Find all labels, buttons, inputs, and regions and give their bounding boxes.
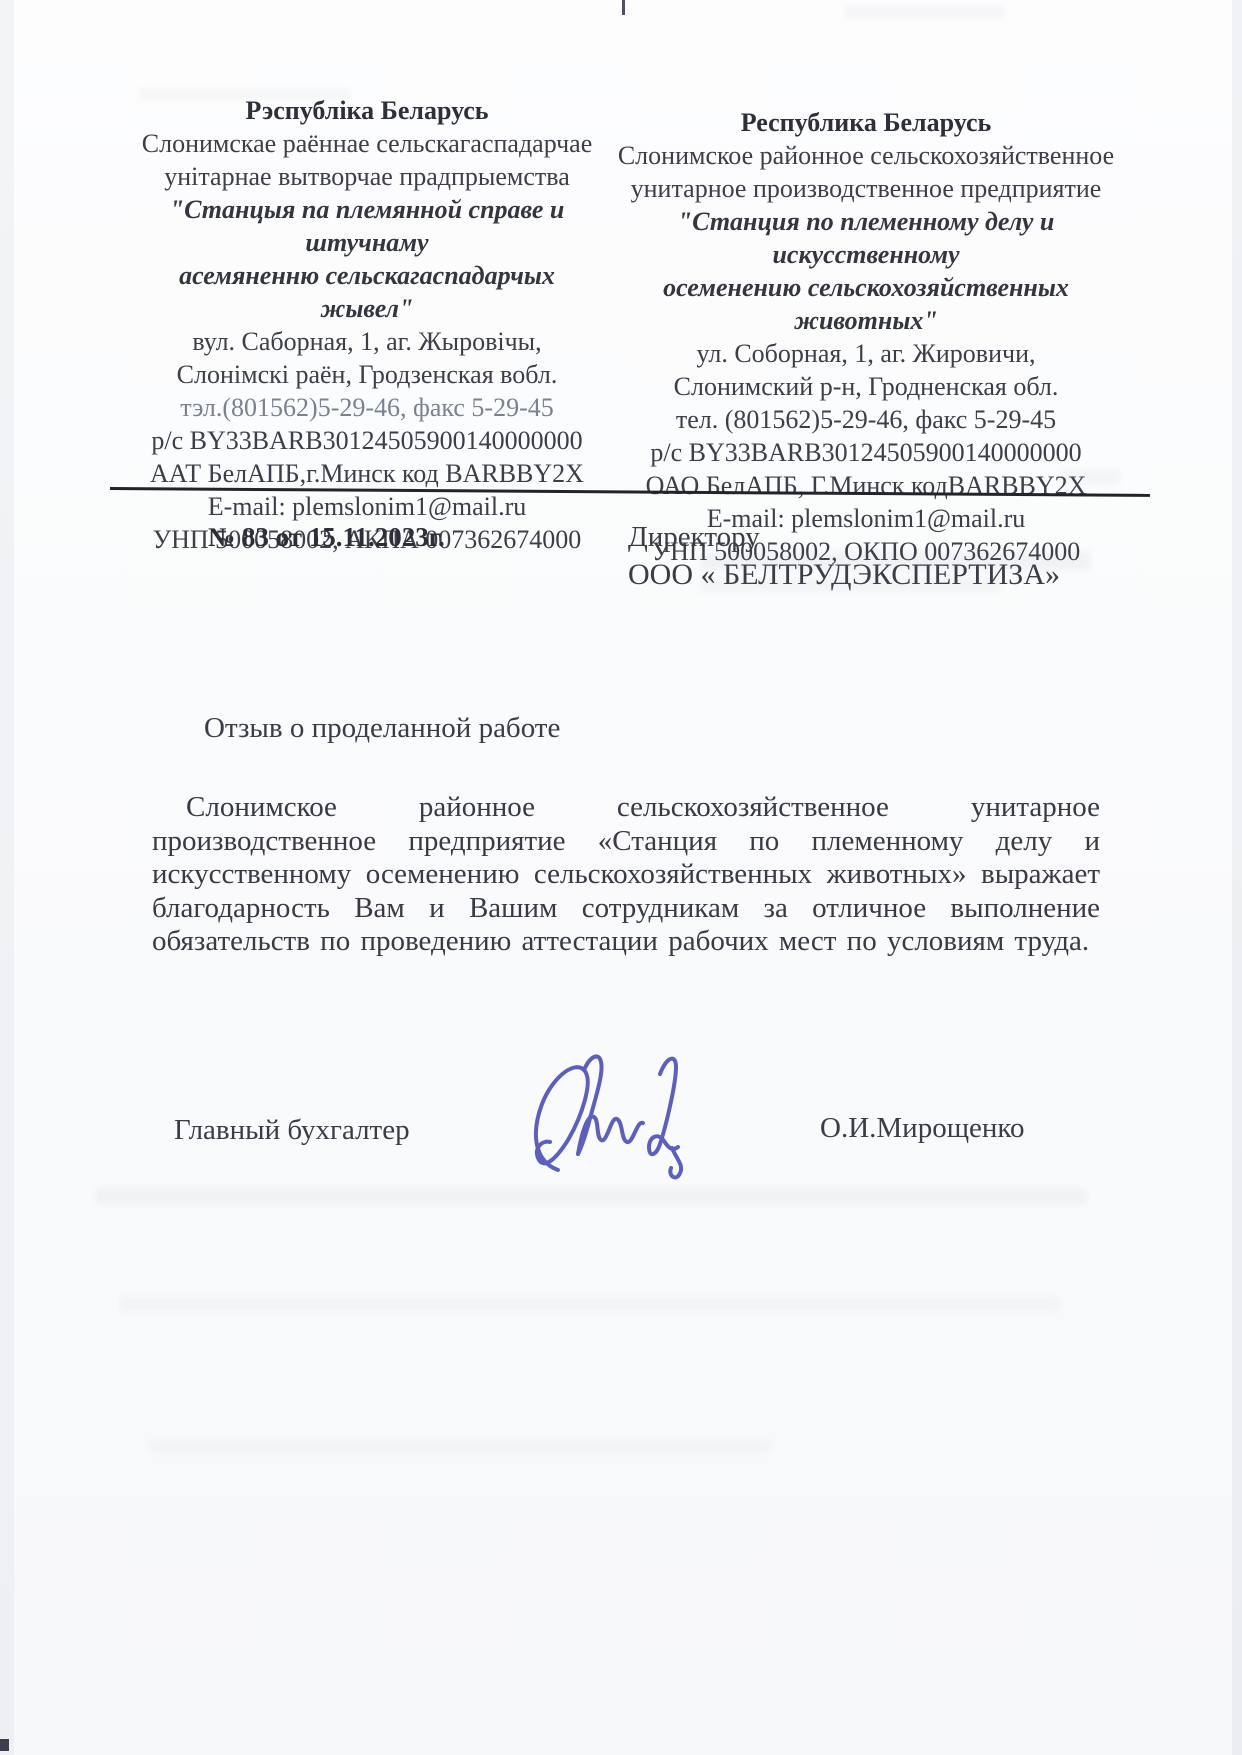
org-line: Слонимскае раённае сельскагаспадарчае xyxy=(112,127,622,160)
letter-number-date: № 83 от 15.11.2023г. xyxy=(208,522,445,553)
phone-fax-line: тел. (801562)5-29-46, факс 5-29-45 xyxy=(602,403,1130,436)
signer-position-label: Главный бухгалтер xyxy=(174,1114,410,1147)
org-name-line: "Станцыя па племянной справе и xyxy=(112,193,622,226)
org-line: Слонимское районное сельскохозяйственное xyxy=(602,139,1130,172)
org-name-line: "Станция по племенному делу и xyxy=(602,205,1130,238)
email-line: E-mail: plemslonim1@mail.ru xyxy=(112,490,622,523)
bank-name-line: ОАО БелАПБ, Г.Минск кодBARBBY2X xyxy=(602,469,1130,502)
letterhead-right-column: Республика Беларусь Слонимское районное … xyxy=(602,106,1130,568)
letter-body-paragraph: Слонимское районное сельскохозяйственное… xyxy=(152,791,1100,959)
org-name-line: штучнаму xyxy=(112,226,622,259)
scan-mark-corner-dot xyxy=(0,1739,9,1751)
country-name-by: Рэспубліка Беларусь xyxy=(112,94,622,127)
bank-account-line: р/с BY33BARB30124505900140000000 xyxy=(602,436,1130,469)
org-name-line: жывел" xyxy=(112,292,622,325)
address-line: Слонімскі раён, Гродзенская вобл. xyxy=(112,358,622,391)
bleedthrough-ghost-text xyxy=(150,1440,770,1453)
org-name-line: асемяненню сельскагаспадарчых xyxy=(112,259,622,292)
org-line: унітарнае вытворчае прадпрыемства xyxy=(112,160,622,193)
org-line: унитарное производственное предприятие xyxy=(602,172,1130,205)
phone-fax-line: тэл.(801562)5-29-46, факс 5-29-45 xyxy=(112,391,622,424)
addressee-role: Директору xyxy=(628,519,1060,556)
addressee-block: Директору ООО « БЕЛТРУДЭКСПЕРТИЗА» xyxy=(628,519,1060,593)
org-name-line: искусственному xyxy=(602,238,1130,271)
scanned-letter-page: Рэспубліка Беларусь Слонимскае раённае с… xyxy=(0,0,1242,1755)
bleedthrough-ghost-text xyxy=(120,1297,1060,1311)
bleedthrough-ghost-text xyxy=(845,6,1005,18)
document-title: Отзыв о проделанной работе xyxy=(204,712,560,745)
handwritten-signature-ink xyxy=(520,1040,720,1200)
address-line: Слонимский р-н, Гродненская обл. xyxy=(602,370,1130,403)
address-line: ул. Соборная, 1, аг. Жировичи, xyxy=(602,337,1130,370)
signer-name: О.И.Мирощенко xyxy=(820,1112,1025,1145)
bank-name-line: ААТ БелАПБ,г.Минск код BARBBY2X xyxy=(112,457,622,490)
scan-mark-top-tick xyxy=(622,0,625,15)
org-name-line: осеменению сельскохозяйственных xyxy=(602,271,1130,304)
org-name-line: животных" xyxy=(602,304,1130,337)
address-line: вул. Саборная, 1, аг. Жыровічы, xyxy=(112,325,622,358)
country-name-ru: Республика Беларусь xyxy=(602,106,1130,139)
bank-account-line: р/с BY33BARB30124505900140000000 xyxy=(112,424,622,457)
addressee-company: ООО « БЕЛТРУДЭКСПЕРТИЗА» xyxy=(628,556,1060,593)
